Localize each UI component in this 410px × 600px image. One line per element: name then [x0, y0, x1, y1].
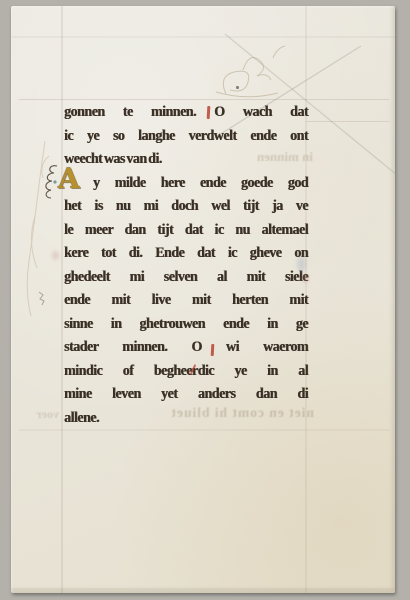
pigment-show-through [302, 274, 309, 283]
parchment-leaf: gonnen te minnen. O wach dat ic ye so la… [11, 6, 395, 593]
manuscript-photo: { "manuscript": { "description": "Mediev… [0, 0, 410, 600]
text-line: le meer dan tijt dat ic nu altemael [64, 218, 308, 243]
text-line: y milde here ende goede god [64, 171, 308, 196]
show-through-text: voer [15, 407, 59, 422]
ink-speck [236, 86, 239, 89]
text-line: stader minnen. O wi waerom [64, 335, 308, 360]
pigment-show-through [297, 256, 306, 272]
pigment-show-through [52, 251, 59, 260]
show-through-text: in minnen [225, 149, 313, 165]
text-line: ende mit live mit herten mit [64, 288, 308, 313]
text-line: sinne in ghetrouwen ende in ge [64, 312, 308, 337]
penwork-accent-dot [53, 180, 56, 183]
text-line: ghedeelt mi selven al mit siele [64, 265, 308, 290]
text-line: kere tot di. Ende dat ic gheve on [64, 241, 308, 266]
text-line: mindic of begheerdic ye in al [64, 359, 308, 384]
text-line: ic ye so langhe verdwelt ende ont [64, 124, 308, 149]
illuminated-initial: A [58, 165, 84, 193]
marginal-scribble [39, 292, 44, 305]
text-line: gonnen te minnen. O wach dat [64, 100, 308, 125]
show-through-text: niet en comt hi bliuet [88, 405, 314, 421]
penwork-flourish-top [216, 46, 285, 97]
text-line: mine leven yet anders dan di [64, 382, 308, 407]
text-line: het is nu mi doch wel tijt ja ve [64, 194, 308, 219]
penwork-flourish-left [27, 141, 49, 316]
